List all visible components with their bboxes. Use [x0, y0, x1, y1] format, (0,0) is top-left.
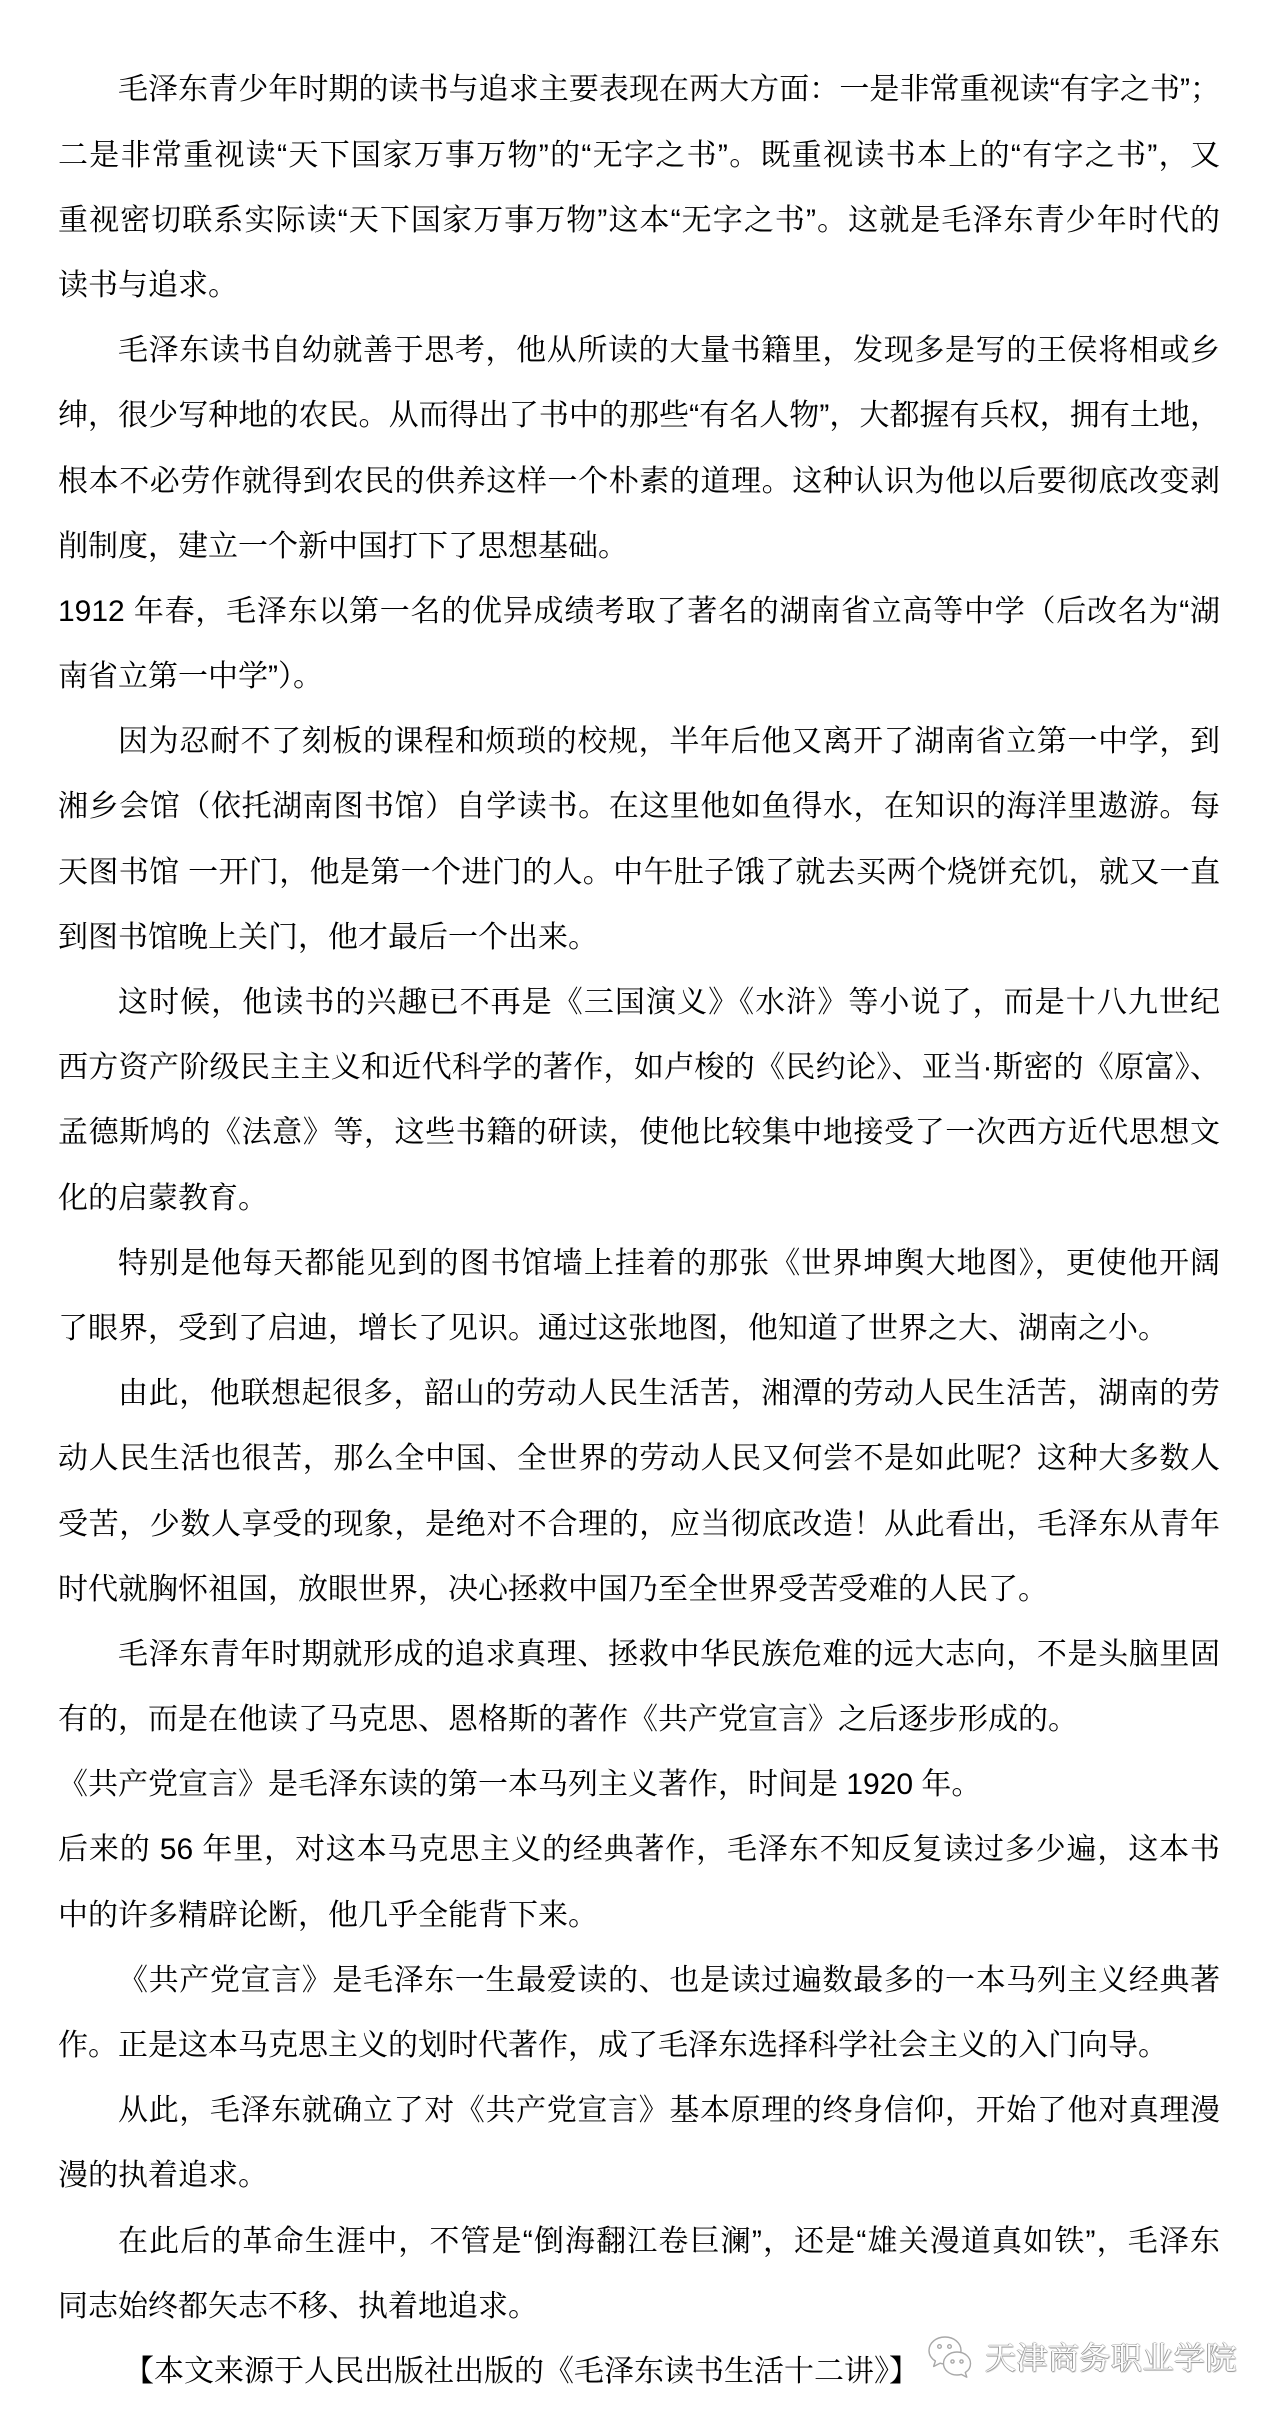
- paragraph-1912: 1912 年春，毛泽东以第一名的优异成绩考取了著名的湖南省立高等中学（后改名为“…: [0, 579, 1280, 709]
- paragraph-thinking: 毛泽东读书自幼就善于思考，他从所读的大量书籍里，发现多是写的王侯将相或乡 绅，很…: [0, 318, 1280, 579]
- text-line: 特别是他每天都能见到的图书馆墙上挂着的那张《世界坤舆大地图》，更使他开阔: [0, 1231, 1280, 1296]
- text-line: 从此，毛泽东就确立了对《共产党宣言》基本原理的终身信仰，开始了他对真理漫: [0, 2078, 1280, 2143]
- text-line: 重视密切联系实际读“天下国家万事万物”这本“无字之书”。这就是毛泽东青少年时代的: [0, 188, 1280, 253]
- text-line: 漫的执着追求。: [0, 2143, 1280, 2208]
- text-line: 受苦，少数人享受的现象，是绝对不合理的，应当彻底改造！从此看出，毛泽东从青年: [0, 1492, 1280, 1557]
- paragraph-self-study: 因为忍耐不了刻板的课程和烦琐的校规，半年后他又离开了湖南省立第一中学，到 湘乡会…: [0, 709, 1280, 970]
- text-line: 在此后的革命生涯中，不管是“倒海翻江卷巨澜”，还是“雄关漫道真如铁”，毛泽东: [0, 2209, 1280, 2274]
- text-line: 孟德斯鸠的《法意》等，这些书籍的研读，使他比较集中地接受了一次西方近代思想文: [0, 1100, 1280, 1165]
- article-page: 毛泽东青少年时期的读书与追求主要表现在两大方面：一是非常重视读“有字之书”； 二…: [0, 0, 1280, 2416]
- paragraph-lifelong-belief: 从此，毛泽东就确立了对《共产党宣言》基本原理的终身信仰，开始了他对真理漫 漫的执…: [0, 2078, 1280, 2208]
- text-line: 这时候，他读书的兴趣已不再是《三国演义》《水浒》等小说了，而是十八九世纪: [0, 970, 1280, 1035]
- text-line: 1912 年春，毛泽东以第一名的优异成绩考取了著名的湖南省立高等中学（后改名为“…: [0, 579, 1280, 644]
- text-line: 动人民生活也很苦，那么全中国、全世界的劳动人民又何尝不是如此呢？这种大多数人: [0, 1426, 1280, 1491]
- text-line: 二是非常重视读“天下国家万事万物”的“无字之书”。既重视读书本上的“有字之书”，…: [0, 123, 1280, 188]
- text-line: 中的许多精辟论断，他几乎全能背下来。: [0, 1883, 1280, 1948]
- paragraph-working-people: 由此，他联想起很多，韶山的劳动人民生活苦，湘潭的劳动人民生活苦，湖南的劳 动人民…: [0, 1361, 1280, 1622]
- text-line: 时代就胸怀祖国，放眼世界，决心拯救中国乃至全世界受苦受难的人民了。: [0, 1557, 1280, 1622]
- text-line: 毛泽东青少年时期的读书与追求主要表现在两大方面：一是非常重视读“有字之书”；: [0, 57, 1280, 122]
- wechat-watermark: 天津商务职业学院: [926, 2333, 1256, 2383]
- paragraph-manifesto-1920: 《共产党宣言》是毛泽东读的第一本马列主义著作，时间是 1920 年。: [0, 1752, 1280, 1817]
- text-line: 天图书馆 一开门，他是第一个进门的人。中午肚子饿了就去买两个烧饼充饥，就又一直: [0, 840, 1280, 905]
- text-line: 读书与追求。: [0, 253, 1280, 318]
- text-line: 同志始终都矢志不移、执着地追求。: [0, 2274, 1280, 2339]
- text-line: 化的启蒙教育。: [0, 1166, 1280, 1231]
- paragraph-reading-pursuit: 毛泽东青少年时期的读书与追求主要表现在两大方面：一是非常重视读“有字之书”； 二…: [0, 57, 1280, 318]
- text-line: 《共产党宣言》是毛泽东读的第一本马列主义著作，时间是 1920 年。: [0, 1752, 1280, 1817]
- watermark-text: 天津商务职业学院: [985, 2339, 1237, 2379]
- paragraph-favorite-book: 《共产党宣言》是毛泽东一生最爱读的、也是读过遍数最多的一本马列主义经典著 作。正…: [0, 1948, 1280, 2078]
- text-line: 毛泽东读书自幼就善于思考，他从所读的大量书籍里，发现多是写的王侯将相或乡: [0, 318, 1280, 383]
- text-line: 因为忍耐不了刻板的课程和烦琐的校规，半年后他又离开了湖南省立第一中学，到: [0, 709, 1280, 774]
- text-line: 南省立第一中学”）。: [0, 644, 1280, 709]
- text-line: 了眼界，受到了启迪，增长了见识。通过这张地图，他知道了世界之大、湖南之小。: [0, 1296, 1280, 1361]
- text-line: 毛泽东青年时期就形成的追求真理、拯救中华民族危难的远大志向，不是头脑里固: [0, 1622, 1280, 1687]
- paragraph-world-map: 特别是他每天都能见到的图书馆墙上挂着的那张《世界坤舆大地图》，更使他开阔 了眼界…: [0, 1231, 1280, 1361]
- paragraph-ambition: 毛泽东青年时期就形成的追求真理、拯救中华民族危难的远大志向，不是头脑里固 有的，…: [0, 1622, 1280, 1752]
- text-line: 有的，而是在他读了马克思、恩格斯的著作《共产党宣言》之后逐步形成的。: [0, 1687, 1280, 1752]
- text-line: 后来的 56 年里，对这本马克思主义的经典著作，毛泽东不知反复读过多少遍，这本书: [0, 1817, 1280, 1882]
- text-line: 《共产党宣言》是毛泽东一生最爱读的、也是读过遍数最多的一本马列主义经典著: [0, 1948, 1280, 2013]
- text-line: 到图书馆晚上关门，他才最后一个出来。: [0, 905, 1280, 970]
- text-line: 湘乡会馆（依托湖南图书馆）自学读书。在这里他如鱼得水，在知识的海洋里遨游。每: [0, 774, 1280, 839]
- paragraph-56-years: 后来的 56 年里，对这本马克思主义的经典著作，毛泽东不知反复读过多少遍，这本书…: [0, 1817, 1280, 1947]
- text-line: 西方资产阶级民主主义和近代科学的著作，如卢梭的《民约论》、亚当·斯密的《原富》、: [0, 1035, 1280, 1100]
- text-line: 根本不必劳作就得到农民的供养这样一个朴素的道理。这种认识为他以后要彻底改变剥: [0, 449, 1280, 514]
- text-line: 由此，他联想起很多，韶山的劳动人民生活苦，湘潭的劳动人民生活苦，湖南的劳: [0, 1361, 1280, 1426]
- wechat-icon: [926, 2333, 974, 2381]
- paragraph-western-books: 这时候，他读书的兴趣已不再是《三国演义》《水浒》等小说了，而是十八九世纪 西方资…: [0, 970, 1280, 1231]
- text-line: 作。正是这本马克思主义的划时代著作，成了毛泽东选择科学社会主义的入门向导。: [0, 2013, 1280, 2078]
- text-line: 削制度，建立一个新中国打下了思想基础。: [0, 514, 1280, 579]
- paragraph-revolutionary-career: 在此后的革命生涯中，不管是“倒海翻江卷巨澜”，还是“雄关漫道真如铁”，毛泽东 同…: [0, 2209, 1280, 2339]
- text-line: 绅，很少写种地的农民。从而得出了书中的那些“有名人物”，大都握有兵权，拥有土地，: [0, 383, 1280, 448]
